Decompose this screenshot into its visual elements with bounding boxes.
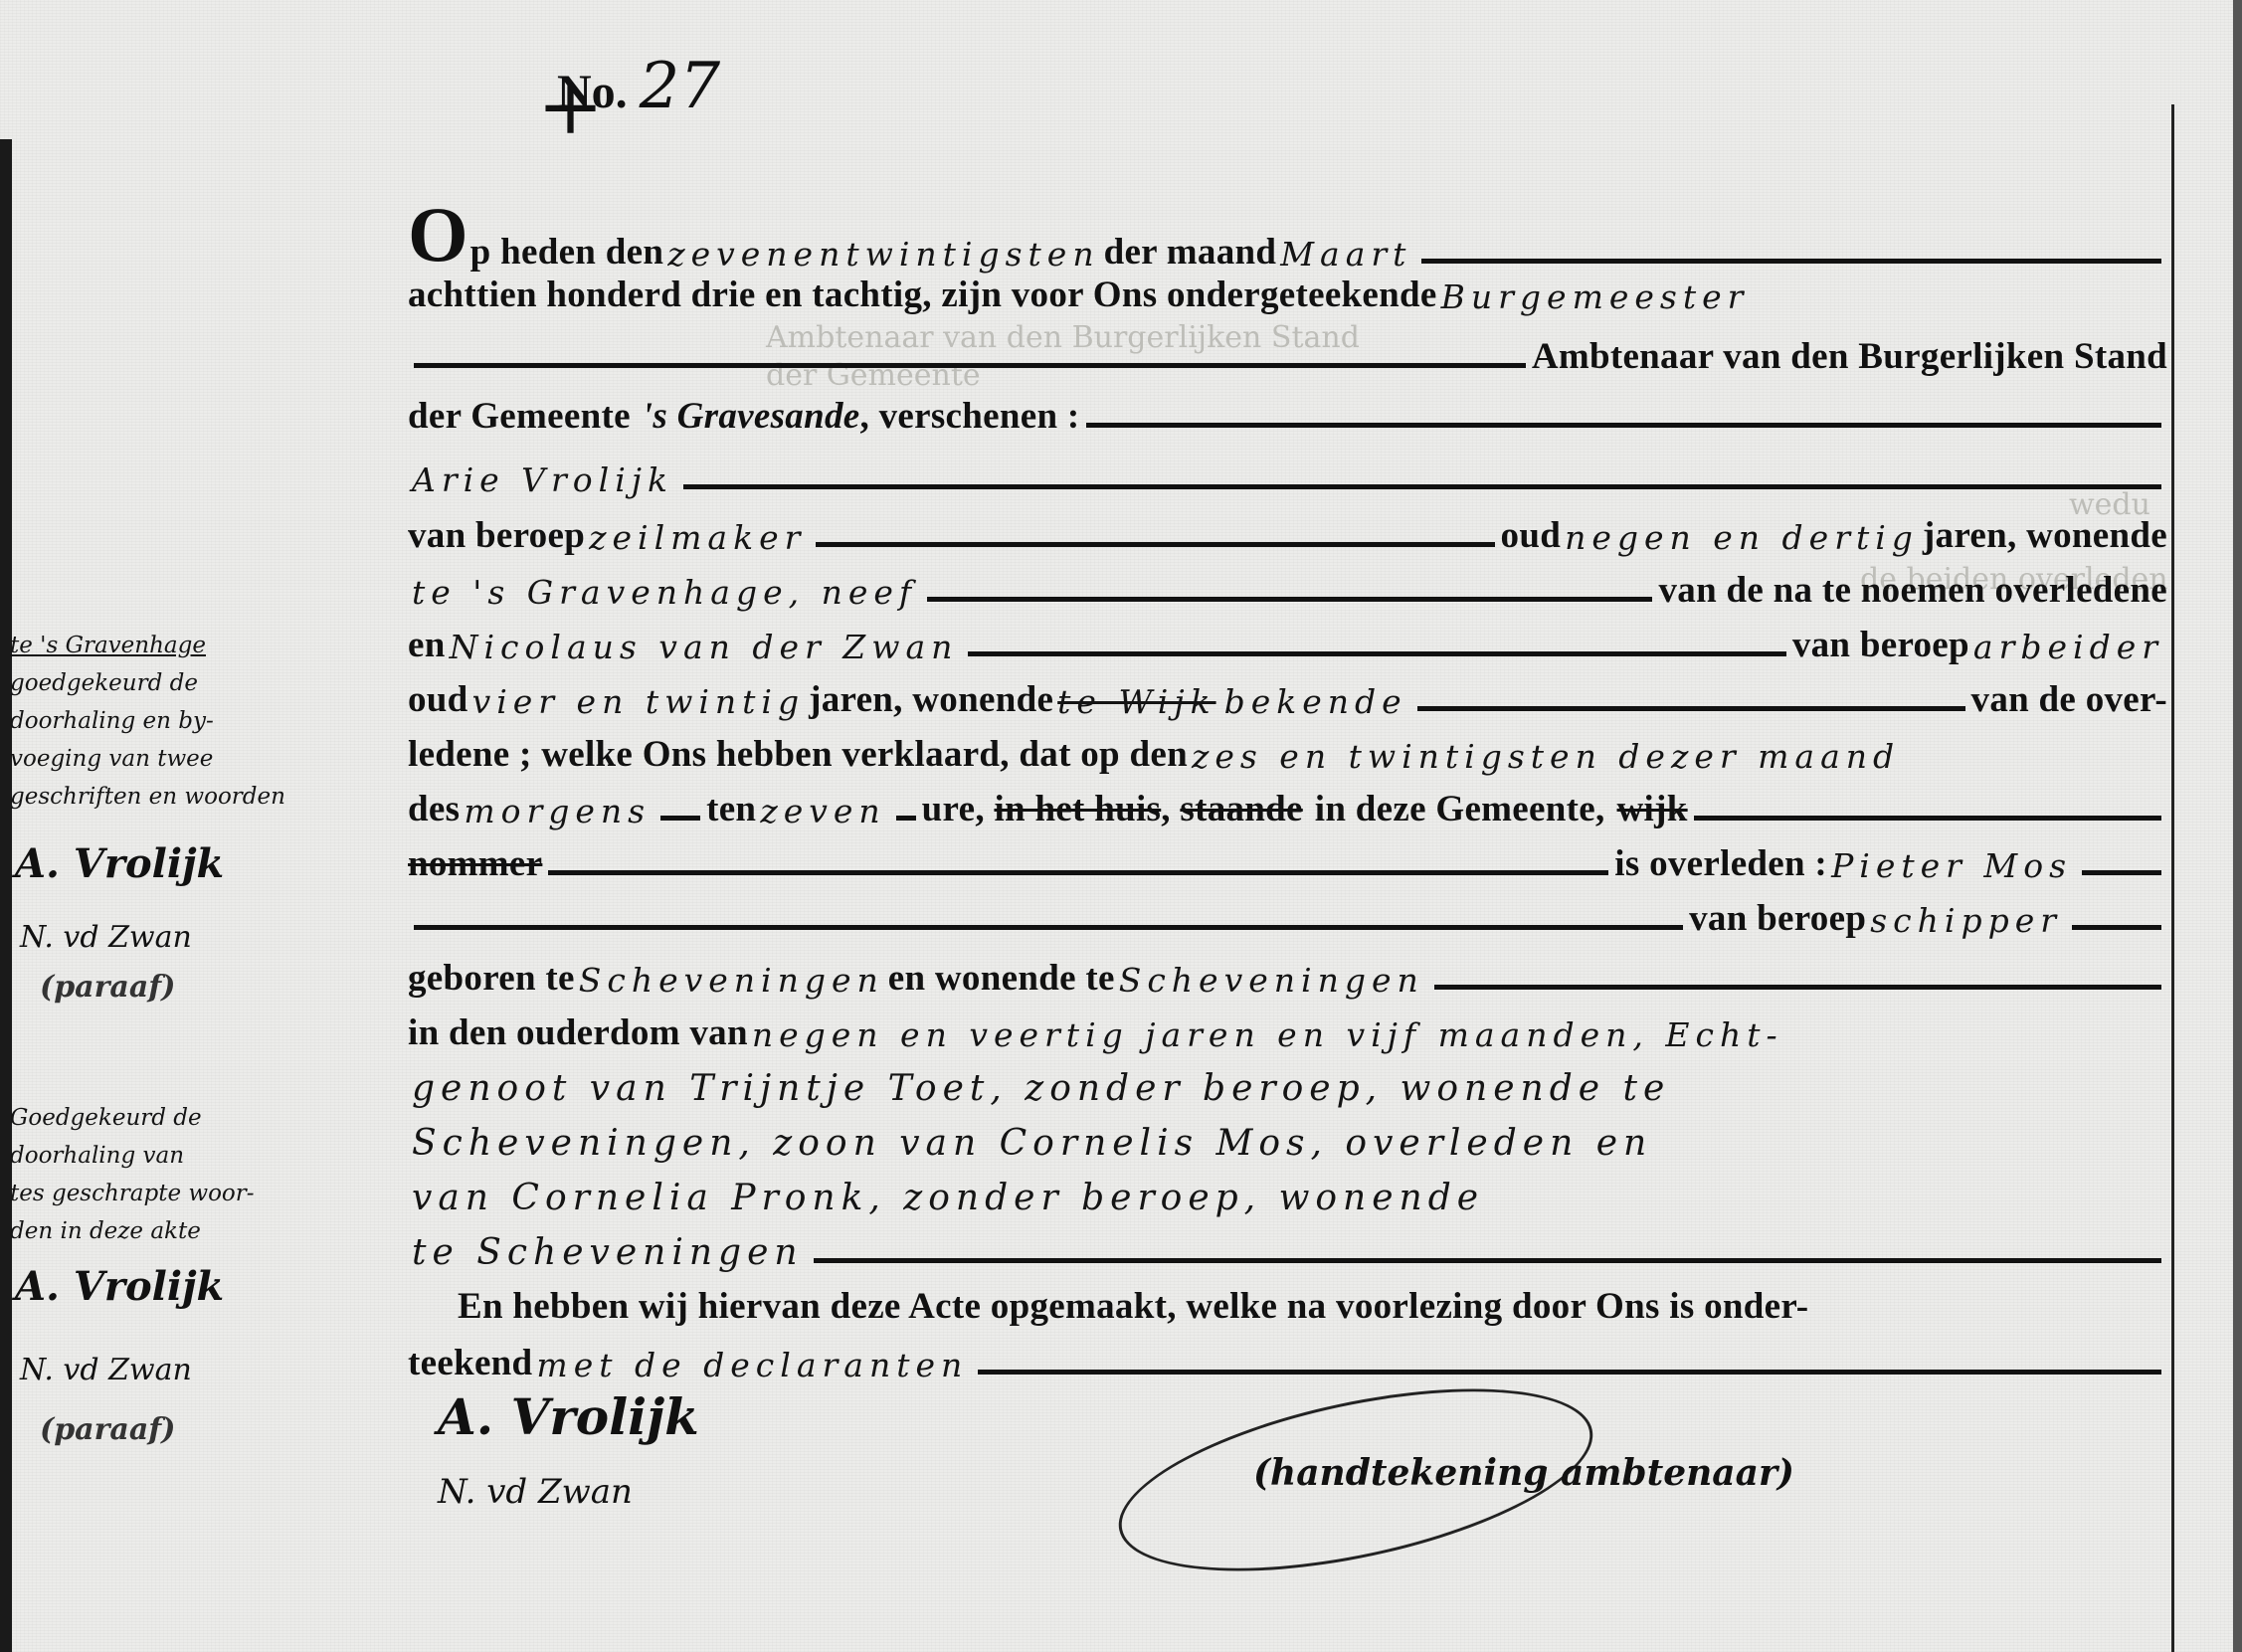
margin-note-line: geschriften en woorden (10, 778, 388, 816)
fill-rule (548, 870, 1608, 875)
printed-text: geboren te (408, 957, 575, 1000)
printed-text: der Gemeente (408, 395, 631, 438)
right-margin-rule (2171, 104, 2174, 1652)
record-line-4: der Gemeente 's Gravesande , verschenen … (408, 388, 2167, 438)
printed-text: jaren, wonende (1923, 514, 2167, 557)
handwritten-spouse-details: genoot van Trijntje Toet, zonder beroep,… (408, 1068, 1674, 1109)
record-line-18: van Cornelia Pronk, zonder beroep, wonen… (408, 1169, 2167, 1218)
handwritten-relation: bekende (1220, 682, 1411, 721)
handwritten-hour: zeven (756, 792, 889, 830)
fill-rule (896, 816, 916, 821)
handwritten-occupation: schipper (1866, 901, 2066, 940)
page-edge-shadow (2233, 0, 2242, 1652)
fill-rule (2072, 925, 2161, 930)
printed-text: En hebben wij hiervan deze Acte opgemaak… (458, 1285, 1808, 1328)
printed-text: jaren, wonende (809, 678, 1053, 721)
record-line-2: achttien honderd drie en tachtig, zijn v… (408, 267, 2167, 316)
struck-printed-text: wijk (1617, 788, 1688, 830)
margin-note-line: Goedgekeurd de (10, 1099, 388, 1137)
margin-note-line: te 's Gravenhage (10, 627, 388, 664)
margin-signature-declarant1: A. Vrolijk (15, 840, 224, 887)
fill-rule (1694, 816, 2161, 821)
margin-paraph-official: (paraaf) (40, 970, 175, 1005)
fill-rule (816, 542, 1494, 547)
printed-text: teekend (408, 1342, 532, 1384)
margin-note-line: doorhaling en by- (10, 702, 388, 740)
printed-text: van beroep (1792, 624, 1969, 666)
handwritten-age: negen en veertig jaren en vijf maanden, … (748, 1015, 1787, 1054)
printed-text: van beroep (408, 514, 585, 557)
margin-note-line: tes geschrapte woor- (10, 1175, 388, 1212)
handwritten-occupation: arbeider (1969, 628, 2167, 666)
fill-rule (1086, 423, 2161, 428)
fill-rule (1434, 985, 2161, 990)
printed-text: Ambtenaar van den Burgerlijken Stand (1532, 335, 2167, 378)
record-line-15: in den ouderdom van negen en veertig jar… (408, 1005, 2167, 1054)
handwritten-residence: Scheveningen (1115, 961, 1428, 1000)
handwritten-mother-details: van Cornelia Pronk, zonder beroep, wonen… (408, 1178, 1488, 1218)
signature-declarant1: A. Vrolijk (438, 1387, 699, 1446)
struck-printed-text: in het huis (994, 788, 1161, 830)
printed-text: is overleden : (1614, 842, 1827, 885)
municipality-name: 's Gravesande (643, 395, 860, 438)
margin-note-line: goedgekeurd de (10, 664, 388, 702)
margin-note-line: den in deze akte (10, 1212, 388, 1250)
fill-rule (414, 363, 1526, 368)
printed-text: van de over- (1971, 678, 2167, 721)
closing-line-1: En hebben wij hiervan deze Acte opgemaak… (458, 1278, 2167, 1328)
handwritten-mother-residence: te Scheveningen (408, 1232, 808, 1273)
printed-text: ledene ; welke Ons hebben verklaard, dat… (408, 733, 1188, 776)
margin-paraph-official: (paraaf) (40, 1412, 175, 1447)
handwritten-declarant2-name: Nicolaus van der Zwan (446, 628, 963, 666)
fill-rule (1417, 706, 1965, 711)
signature-declarant2: N. vd Zwan (438, 1472, 633, 1512)
handwritten-death-date: zes en twintigsten dezer maand (1188, 737, 1904, 776)
margin-signature-declarant1: A. Vrolijk (15, 1263, 224, 1310)
record-line-3: Ambtenaar van den Burgerlijken Stand (408, 328, 2167, 378)
record-line-17: Scheveningen, zoon van Cornelis Mos, ove… (408, 1114, 2167, 1164)
printed-text: ure (922, 788, 976, 830)
printed-text: oud (408, 678, 468, 721)
handwritten-signing-note: met de declaranten (532, 1346, 972, 1384)
handwritten-father-details: Scheveningen, zoon van Cornelis Mos, ove… (408, 1123, 1656, 1164)
record-line-16: genoot van Trijntje Toet, zonder beroep,… (408, 1059, 2167, 1109)
record-line-5: Arie Vrolijk (408, 450, 2167, 499)
fill-rule (683, 484, 2161, 489)
margin-signature-declarant2: N. vd Zwan (20, 920, 192, 955)
record-line-9: oud vier en twintig jaren, wonende te Wi… (408, 671, 2167, 721)
fill-rule (1421, 259, 2161, 264)
fill-rule (968, 651, 1785, 656)
signature-official: (handtekening ambtenaar) (1253, 1452, 1794, 1494)
record-line-12: nommer is overleden : Pieter Mos (408, 835, 2167, 885)
printed-text: in deze Gemeente, (1315, 788, 1605, 830)
struck-printed-text: nommer (408, 842, 542, 885)
handwritten-residence: te 's Gravenhage, neef (408, 573, 921, 612)
record-line-1: O p heden den zevenentwintigsten der maa… (408, 204, 2167, 274)
number-prefix: No. (557, 66, 628, 118)
margin-note-1: te 's Gravenhage goedgekeurd de doorhali… (10, 627, 388, 816)
record-line-8: en Nicolaus van der Zwan van beroep arbe… (408, 617, 2167, 666)
binding-edge (0, 139, 12, 1652)
printed-text: van beroep (1689, 897, 1866, 940)
record-line-11: des morgens ten zeven ure , in het huis … (408, 781, 2167, 830)
struck-handwritten-text: te Wijk (1053, 682, 1219, 721)
struck-printed-text: staande (1180, 788, 1302, 830)
handwritten-age: vier en twintig (468, 682, 810, 721)
fill-rule (978, 1370, 2161, 1375)
printed-text: in den ouderdom van (408, 1011, 748, 1054)
fill-rule (814, 1258, 2161, 1263)
printed-text: des (408, 788, 460, 830)
fill-rule (414, 925, 1683, 930)
record-line-7: te 's Gravenhage, neef van de na te noem… (408, 562, 2167, 612)
handwritten-deceased-name: Pieter Mos (1827, 846, 2076, 885)
printed-text: oud (1501, 514, 1562, 557)
fill-rule (2082, 870, 2161, 875)
initial-letter: O (408, 196, 468, 274)
printed-text: van de na te noemen overledene (1658, 569, 2167, 612)
document-page: Ambtenaar van den Burgerlijken Stand der… (0, 0, 2242, 1652)
record-line-14: geboren te Scheveningen en wonende te Sc… (408, 950, 2167, 1000)
handwritten-declarant1-name: Arie Vrolijk (408, 460, 677, 499)
margin-note-line: voeging van twee (10, 740, 388, 778)
handwritten-age: negen en dertig (1561, 518, 1923, 557)
handwritten-time-of-day: morgens (460, 792, 654, 830)
record-line-6: van beroep zeilmaker oud negen en dertig… (408, 507, 2167, 557)
margin-note-2: Goedgekeurd de doorhaling van tes geschr… (10, 1099, 388, 1250)
number-value: 27 (640, 50, 720, 123)
record-line-10: ledene ; welke Ons hebben verklaard, dat… (408, 726, 2167, 776)
fill-rule (927, 597, 1652, 602)
margin-signature-declarant2: N. vd Zwan (20, 1353, 192, 1387)
handwritten-birthplace: Scheveningen (575, 961, 888, 1000)
fill-rule (660, 816, 700, 821)
margin-note-line: doorhaling van (10, 1137, 388, 1175)
printed-text: , verschenen : (860, 395, 1080, 438)
record-number: No. 27 (557, 50, 720, 123)
printed-text: en (408, 624, 446, 666)
printed-text: achttien honderd drie en tachtig, zijn v… (408, 274, 1437, 316)
printed-text: en wonende te (888, 957, 1115, 1000)
printed-text: ten (706, 788, 756, 830)
handwritten-official-title: Burgemeester (1437, 277, 1754, 316)
closing-line-2: teekend met de declaranten (408, 1335, 2167, 1384)
record-line-19: te Scheveningen (408, 1223, 2167, 1273)
handwritten-occupation: zeilmaker (585, 518, 810, 557)
record-line-13: van beroep schipper (408, 890, 2167, 940)
